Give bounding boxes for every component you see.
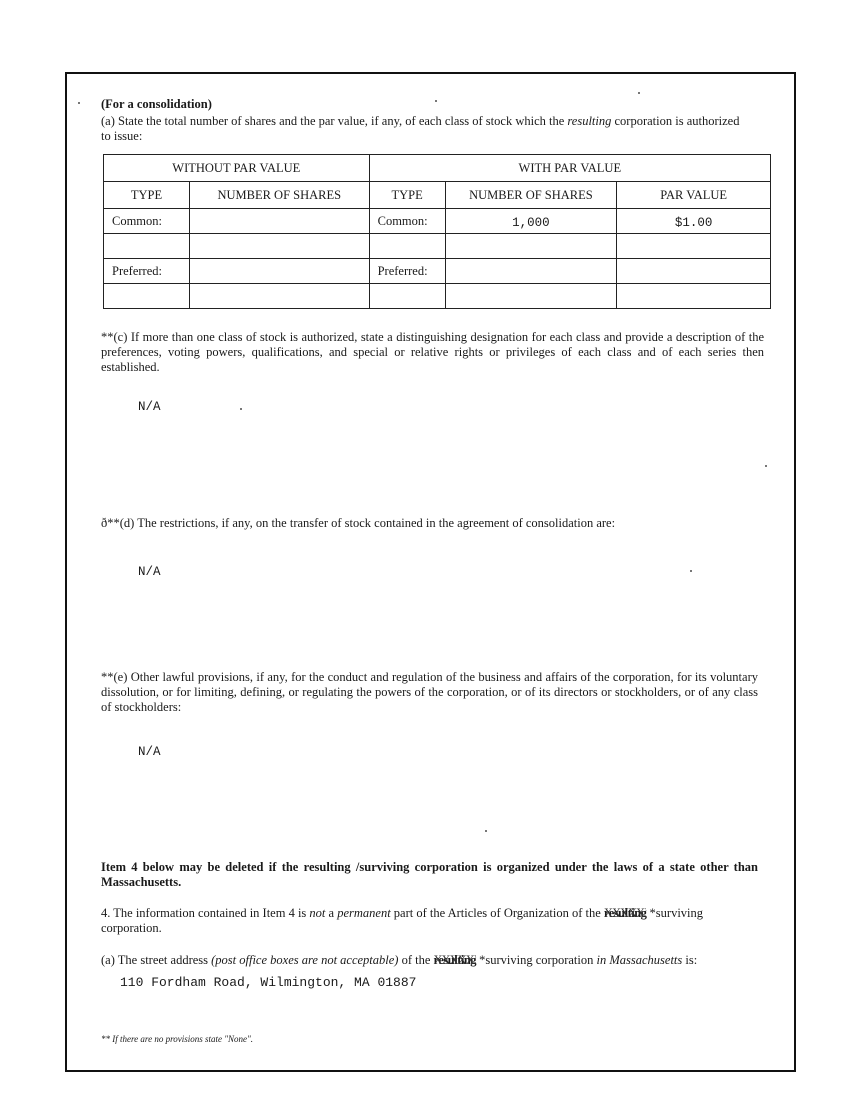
group-header-without-par: WITHOUT PAR VALUE	[104, 155, 370, 182]
cell-shares: 1,000	[445, 209, 617, 234]
struck-word: resulting	[604, 906, 647, 921]
scan-speck	[638, 92, 640, 94]
scan-speck	[240, 408, 242, 410]
cell-par-value	[617, 234, 771, 259]
item-c-answer: N/A	[138, 400, 161, 414]
cell-shares	[189, 209, 369, 234]
cell-par-value: $1.00	[617, 209, 771, 234]
table-row: Common: Common: 1,000 $1.00	[104, 209, 771, 234]
section-heading: (For a consolidation)	[101, 97, 212, 112]
cell-shares	[445, 234, 617, 259]
item4-note: Item 4 below may be deleted if the resul…	[101, 860, 758, 890]
item-c-text: **(c) If more than one class of stock is…	[101, 330, 764, 375]
cell-type: Preferred:	[104, 259, 190, 284]
item-a-text: (a) State the total number of shares and…	[101, 114, 741, 144]
cell-par-value	[617, 259, 771, 284]
cell-shares	[189, 234, 369, 259]
street-address: 110 Fordham Road, Wilmington, MA 01887	[120, 975, 416, 990]
cell-type	[104, 284, 190, 309]
column-header-row: TYPE NUMBER OF SHARES TYPE NUMBER OF SHA…	[104, 182, 771, 209]
cell-type: Preferred:	[369, 259, 445, 284]
group-header-with-par: WITH PAR VALUE	[369, 155, 770, 182]
cell-shares	[189, 259, 369, 284]
item-d-answer: N/A	[138, 565, 161, 579]
scan-speck	[78, 102, 80, 104]
col-header-number-of-shares: NUMBER OF SHARES	[189, 182, 369, 209]
col-header-type: TYPE	[369, 182, 445, 209]
cell-par-value	[617, 284, 771, 309]
cell-type: Common:	[369, 209, 445, 234]
table-row	[104, 234, 771, 259]
scan-speck	[485, 830, 487, 832]
item-d-text: ð**(d) The restrictions, if any, on the …	[101, 516, 764, 531]
item-e-text: **(e) Other lawful provisions, if any, f…	[101, 670, 758, 715]
footnote: ** If there are no provisions state "Non…	[101, 1032, 253, 1047]
struck-word: resulting	[434, 953, 477, 968]
cell-type: Common:	[104, 209, 190, 234]
cell-shares	[445, 259, 617, 284]
cell-shares	[445, 284, 617, 309]
scan-speck	[435, 100, 437, 102]
scan-speck	[765, 465, 767, 467]
col-header-par-value: PAR VALUE	[617, 182, 771, 209]
cell-type	[104, 234, 190, 259]
group-header-row: WITHOUT PAR VALUE WITH PAR VALUE	[104, 155, 771, 182]
table-row	[104, 284, 771, 309]
shares-table: WITHOUT PAR VALUE WITH PAR VALUE TYPE NU…	[103, 154, 771, 309]
item4-text: 4. The information contained in Item 4 i…	[101, 906, 761, 936]
cell-shares	[189, 284, 369, 309]
table-row: Preferred: Preferred:	[104, 259, 771, 284]
col-header-type: TYPE	[104, 182, 190, 209]
col-header-number-of-shares: NUMBER OF SHARES	[445, 182, 617, 209]
item4a-text: (a) The street address (post office boxe…	[101, 953, 771, 968]
scan-speck	[690, 570, 692, 572]
cell-type	[369, 284, 445, 309]
cell-type	[369, 234, 445, 259]
item-e-answer: N/A	[138, 745, 161, 759]
